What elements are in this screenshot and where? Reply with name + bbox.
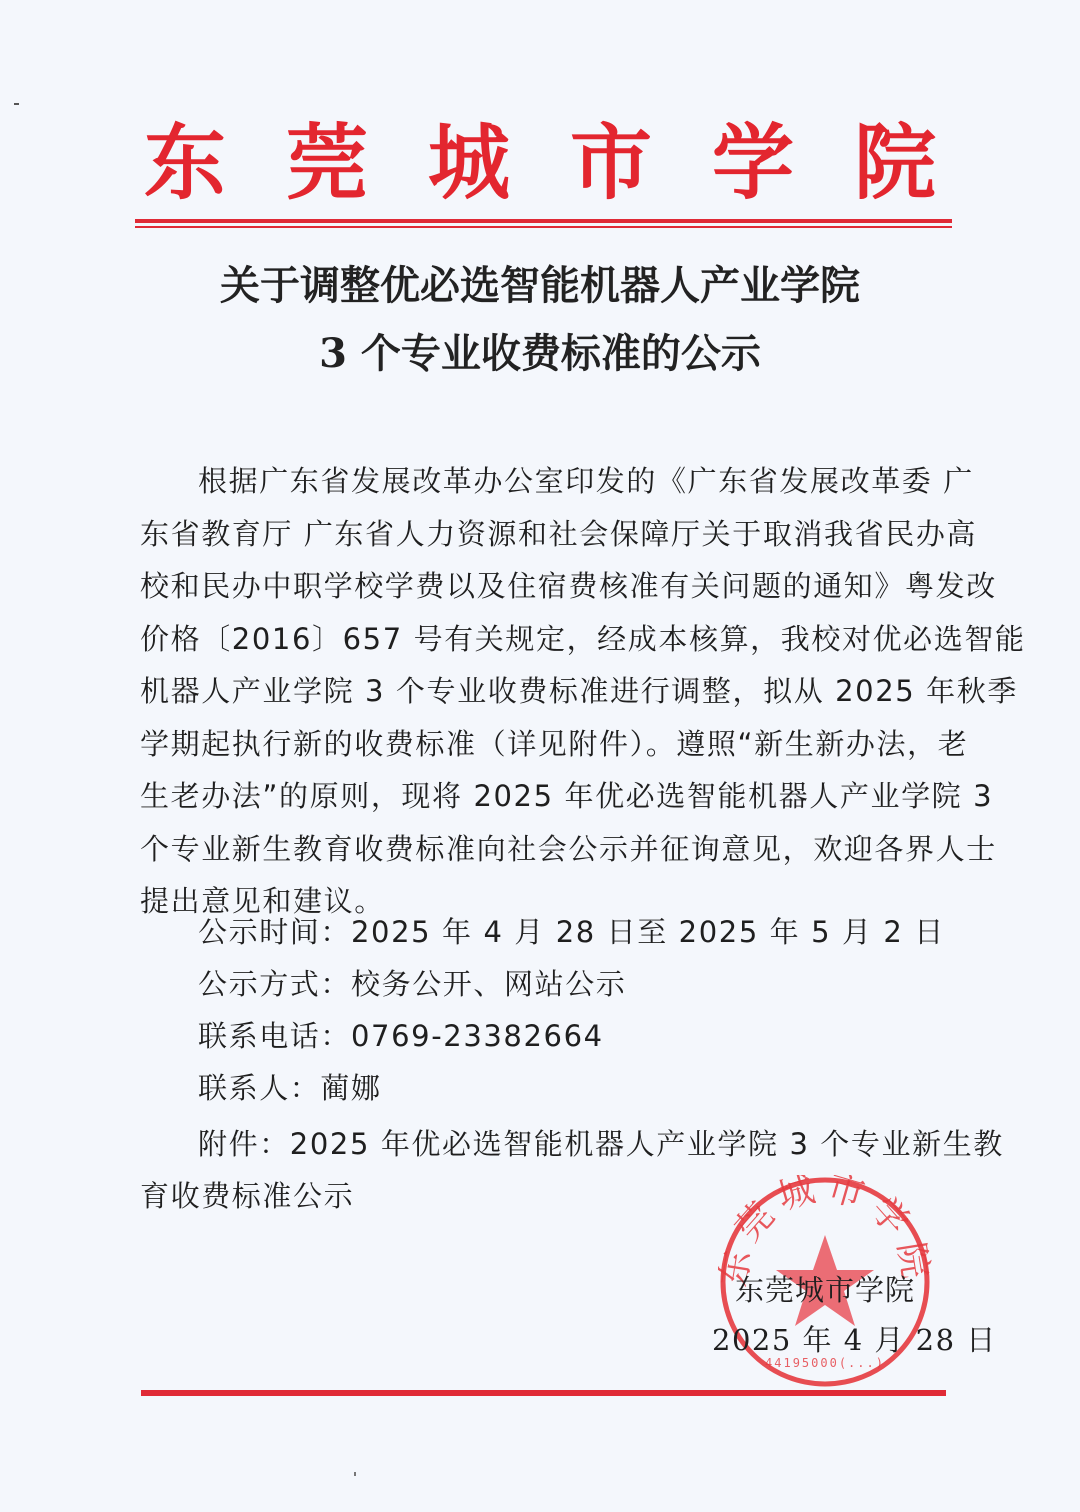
document-page: 东 莞 城 市 学 院 关于调整优必选智能机器人产业学院 3 个专业收费标准的公… [0, 0, 1080, 1512]
header-rule-thin [135, 226, 952, 228]
masthead-char: 莞 [282, 118, 372, 208]
document-title-line2: 3 个专业收费标准的公示 [0, 322, 1080, 379]
masthead-char: 城 [424, 118, 514, 208]
body-line: 价格〔2016〕657 号有关规定，经成本核算，我校对优必选智能 [140, 613, 940, 666]
masthead: 东 莞 城 市 学 院 [140, 118, 940, 208]
body-line: 校和民办中职学校学费以及住宿费核准有关问题的通知》粤发改 [140, 560, 940, 613]
attachment-line: 附件：2025 年优必选智能机器人产业学院 3 个专业新生教 [140, 1118, 940, 1170]
scan-artifact [354, 1472, 356, 1476]
publicity-period: 公示时间：2025 年 4 月 28 日至 2025 年 5 月 2 日 [198, 912, 945, 952]
masthead-char: 东 [140, 118, 230, 208]
masthead-char: 学 [708, 118, 798, 208]
scan-artifact [14, 103, 19, 105]
body-line: 生老办法”的原则，现将 2025 年优必选智能机器人产业学院 3 [140, 770, 940, 823]
body-line: 个专业新生教育收费标准向社会公示并征询意见，欢迎各界人士 [140, 823, 940, 876]
body-line: 根据广东省发展改革办公室印发的《广东省发展改革委 广 [140, 455, 940, 508]
body-paragraph: 根据广东省发展改革办公室印发的《广东省发展改革委 广 东省教育厅 广东省人力资源… [140, 455, 940, 928]
body-line: 东省教育厅 广东省人力资源和社会保障厅关于取消我省民办高 [140, 508, 940, 561]
body-line: 机器人产业学院 3 个专业收费标准进行调整，拟从 2025 年秋季 [140, 665, 940, 718]
header-rule-thick [135, 219, 952, 223]
contact-phone: 联系电话：0769-23382664 [198, 1016, 604, 1056]
masthead-char: 市 [566, 118, 656, 208]
contact-person: 联系人：蔺娜 [198, 1068, 382, 1108]
masthead-char: 院 [850, 118, 940, 208]
body-line: 学期起执行新的收费标准（详见附件）。遵照“新生新办法，老 [140, 718, 940, 771]
footer-rule [141, 1390, 946, 1396]
signature-date: 2025 年 4 月 28 日 [712, 1318, 997, 1359]
signature-organization: 东莞城市学院 [735, 1268, 915, 1309]
publicity-method: 公示方式：校务公开、网站公示 [198, 964, 626, 1004]
document-title-line1: 关于调整优必选智能机器人产业学院 [0, 254, 1080, 311]
